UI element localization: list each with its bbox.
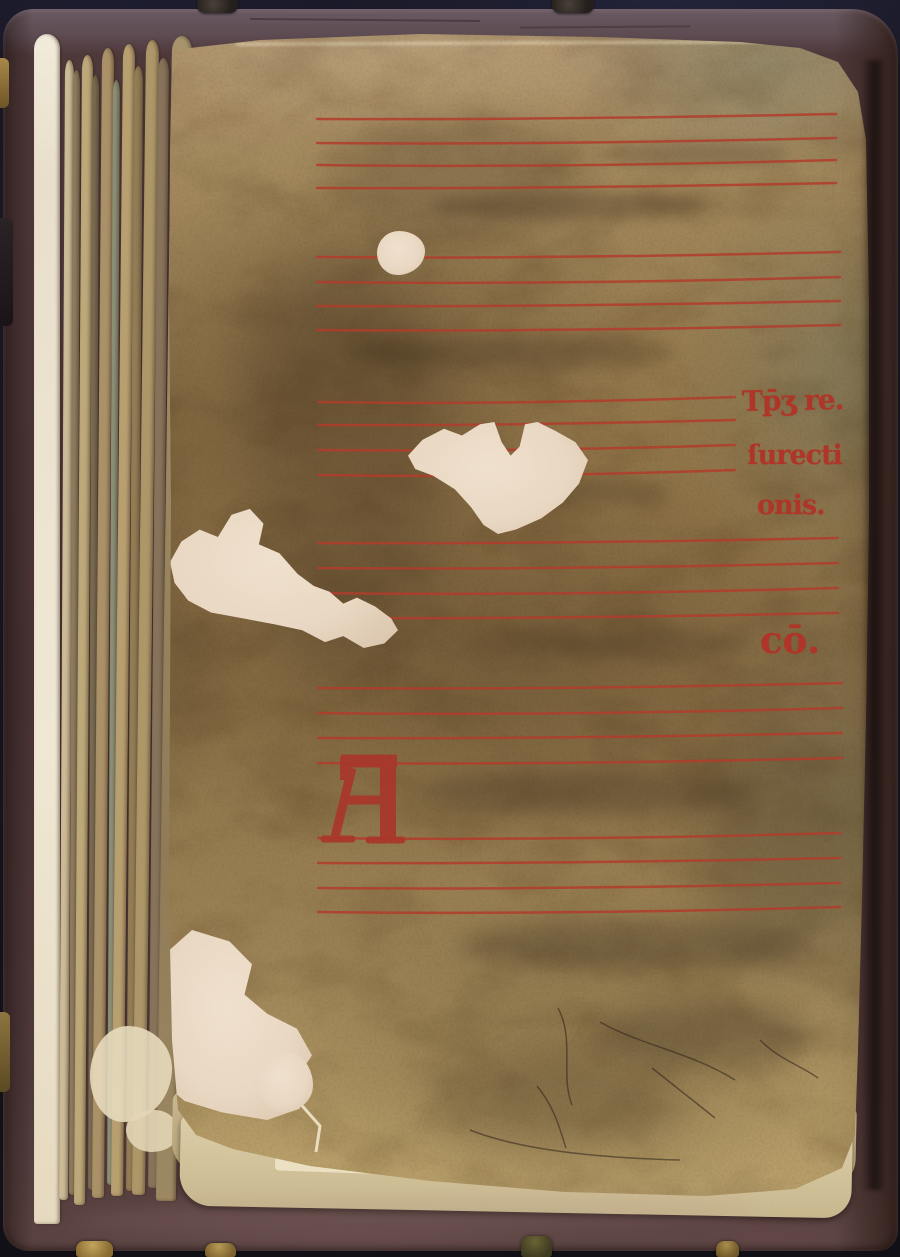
page-edges-stack	[30, 26, 188, 1222]
effaced-text-smudge	[430, 192, 710, 220]
brass-foot	[716, 1241, 739, 1257]
brass-foot	[521, 1236, 552, 1257]
metal-stud	[552, 0, 594, 13]
effaced-text-smudge	[460, 920, 800, 970]
torn-edge-patch	[126, 1110, 178, 1152]
manuscript-photo: Tp̄ʒ re. ſurecti onis. cō.	[0, 0, 900, 1257]
clasp-fitting	[0, 218, 13, 326]
binding-shadow-crease	[862, 60, 884, 1190]
margin-rubric-line-1: Tp̄ʒ re.	[742, 383, 844, 418]
effaced-text-smudge	[600, 1000, 810, 1070]
margin-rubric-line-3: onis.	[757, 490, 825, 521]
effaced-text-smudge	[500, 628, 750, 658]
effaced-text-smudge	[355, 336, 675, 368]
page-edge-strip	[34, 34, 60, 1224]
effaced-text-smudge	[420, 770, 750, 814]
margin-rubric-line-2: ſurecti	[747, 440, 842, 471]
brass-foot	[76, 1241, 113, 1257]
communio-abbreviation: cō.	[760, 618, 820, 662]
clasp-fitting	[0, 58, 9, 108]
parchment-tear	[170, 500, 398, 648]
parchment-loss	[255, 1052, 313, 1112]
brass-foot	[205, 1243, 236, 1257]
metal-stud	[197, 0, 238, 13]
parchment-tear	[408, 422, 588, 534]
clasp-fitting	[0, 1012, 10, 1092]
effaced-text-smudge	[430, 1055, 690, 1150]
effaced-text-smudge	[690, 730, 860, 960]
effaced-text-smudge	[330, 118, 590, 238]
effaced-text-smudge	[600, 142, 790, 166]
parchment-hole	[377, 231, 425, 275]
